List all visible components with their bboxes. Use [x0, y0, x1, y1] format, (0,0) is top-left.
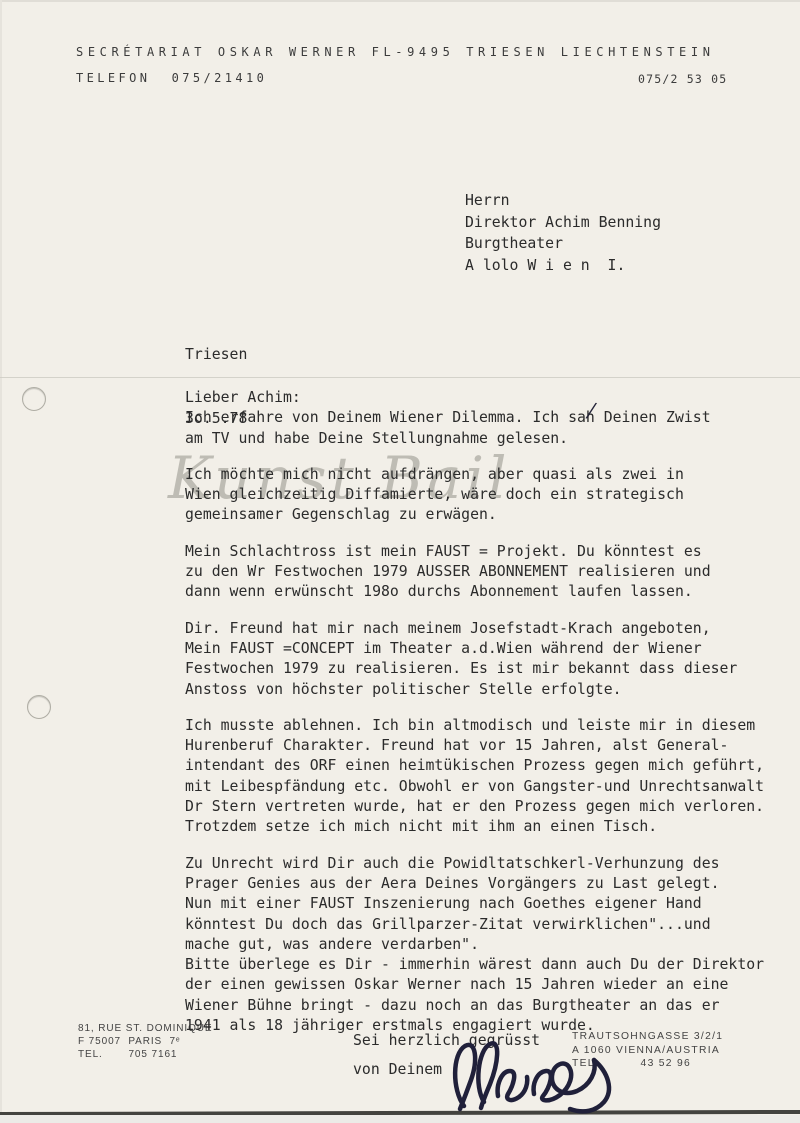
signature-autograph [438, 1036, 648, 1116]
scan-edge-left [0, 0, 2, 1123]
recipient-address: Herrn Direktor Achim Benning Burgtheater… [465, 190, 661, 276]
letterhead-phone-right: 075/2 53 05 [638, 72, 727, 86]
paragraph-dir-freund: Dir. Freund hat mir nach meinem Josefsta… [185, 619, 795, 700]
scan-edge-top [0, 0, 800, 2]
punch-hole-bottom [27, 695, 51, 719]
scanned-letter-page: SECRÉTARIAT OSKAR WERNER FL-9495 TRIESEN… [0, 0, 800, 1123]
paragraph-gegenschlag: Ich möchte mich nicht aufdrängen, aber q… [185, 465, 795, 526]
scan-bottom-strip [0, 1115, 800, 1123]
dateline-place: Triesen [185, 346, 247, 363]
paragraph-ablehnung: Ich musste ablehnen. Ich bin altmodisch … [185, 716, 795, 838]
letter-body: Lieber Achim: Ich erfahre von Deinem Wie… [185, 388, 795, 1036]
paragraph-faust-projekt: Mein Schlachtross ist mein FAUST = Proje… [185, 542, 795, 603]
letterhead-telefon: TELEFON 075/21410 [76, 71, 267, 85]
paragraph-salutation-intro: Lieber Achim: Ich erfahre von Deinem Wie… [185, 388, 795, 449]
letterhead-title: SECRÉTARIAT OSKAR WERNER FL-9495 TRIESEN… [76, 45, 715, 59]
punch-hole-top [22, 387, 46, 411]
fold-crease-line [0, 377, 800, 378]
paragraph-schluss: Zu Unrecht wird Dir auch die Powidltatsc… [185, 854, 795, 1037]
